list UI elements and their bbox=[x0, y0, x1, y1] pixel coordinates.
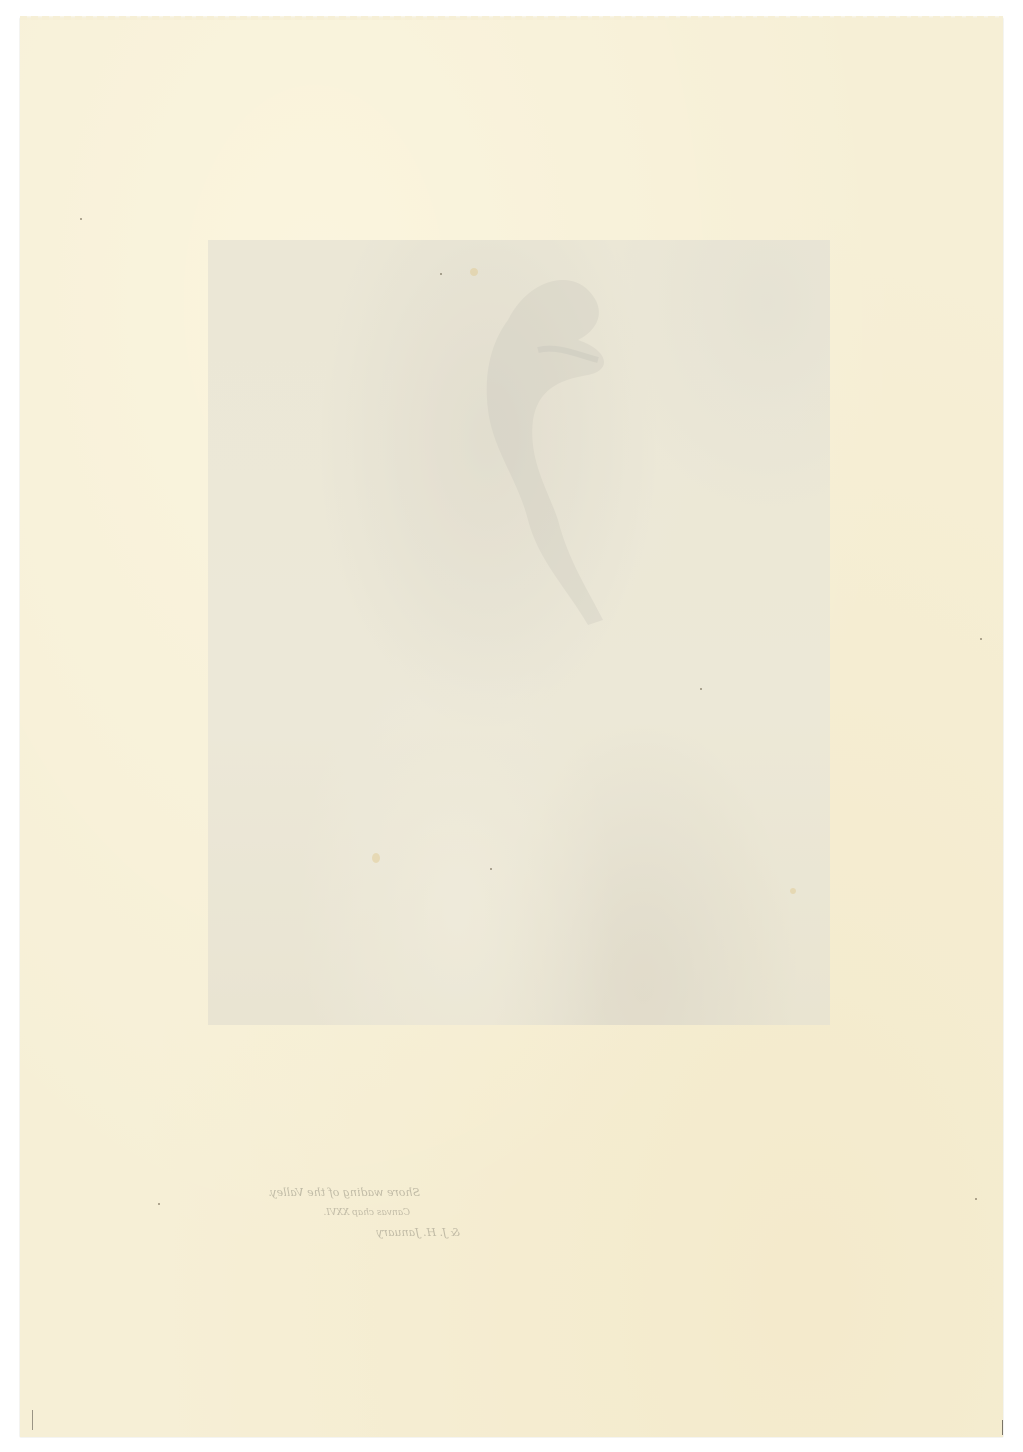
paper-speck bbox=[158, 1203, 160, 1205]
pencil-inscription: Shore wading of the Valley. Canvas chap … bbox=[160, 1183, 460, 1243]
paper-speck bbox=[975, 1198, 977, 1200]
paper-speck bbox=[490, 868, 492, 870]
edge-shadow-mark bbox=[1002, 1420, 1003, 1435]
inscription-line-1: Shore wading of the Valley. bbox=[160, 1183, 460, 1203]
foxing-stain bbox=[790, 888, 796, 894]
paper-speck bbox=[700, 688, 702, 690]
inscription-line-2: Canvas chap XXVI. bbox=[160, 1203, 460, 1223]
paper-sheet: Shore wading of the Valley. Canvas chap … bbox=[20, 18, 1003, 1437]
showthrough-plate-image bbox=[208, 240, 830, 1025]
foxing-stain bbox=[470, 268, 478, 276]
paper-speck bbox=[980, 638, 982, 640]
inscription-line-3: & J. H. January bbox=[160, 1223, 460, 1243]
foxing-stain bbox=[372, 853, 380, 863]
edge-shadow-mark bbox=[32, 1410, 33, 1430]
paper-speck bbox=[440, 273, 442, 275]
paper-speck bbox=[80, 218, 82, 220]
bird-silhouette-icon bbox=[438, 260, 638, 680]
